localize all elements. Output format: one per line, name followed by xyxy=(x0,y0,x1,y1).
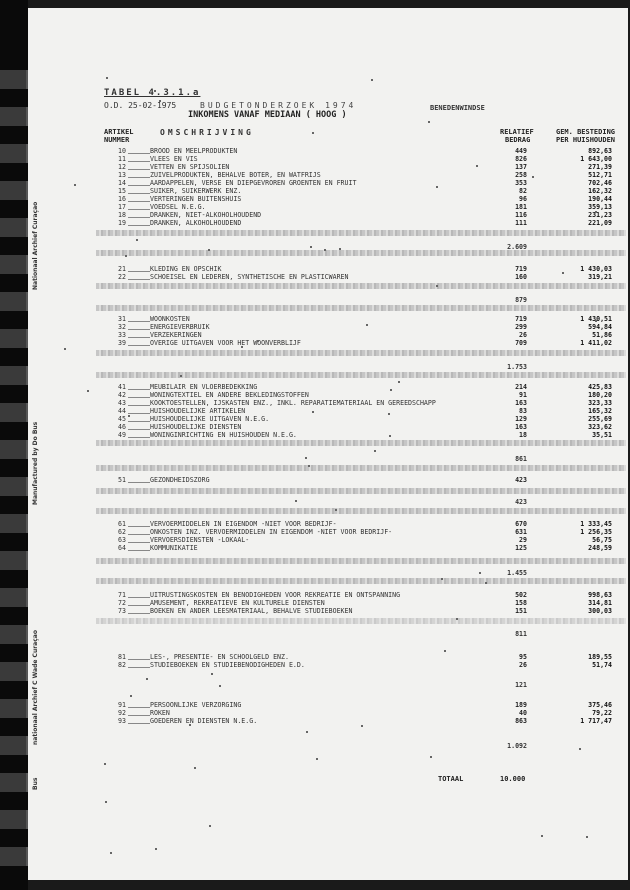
item-description: BROOD EN MEELPRODUKTEN xyxy=(150,147,237,155)
average-per-household: 300,03 xyxy=(588,607,612,615)
table-row: 32ENERGIEVERBRUIK299594,84 xyxy=(0,323,630,331)
scan-speck xyxy=(306,731,308,733)
scan-noise-band xyxy=(96,350,626,356)
article-number: 72 xyxy=(118,599,126,607)
article-number: 14 xyxy=(118,179,126,187)
scan-noise-band xyxy=(96,508,626,514)
article-number: 49 xyxy=(118,431,126,439)
relative-amount: 111 xyxy=(515,219,527,227)
table-row: 61VERVOERMIDDELEN IN EIGENDOM -NIET VOOR… xyxy=(0,520,630,528)
leader-line xyxy=(128,209,150,210)
column-header-article-number: NUMMER xyxy=(104,136,129,144)
relative-amount: 82 xyxy=(519,187,527,195)
average-per-household: 79,22 xyxy=(592,709,612,717)
scan-noise-band xyxy=(96,465,626,471)
scan-speck xyxy=(312,132,314,134)
item-description: HUISHOUDELIJKE UITGAVEN N.E.G. xyxy=(150,415,269,423)
relative-amount: 96 xyxy=(519,195,527,203)
average-per-household: 165,32 xyxy=(588,407,612,415)
item-description: VOEDSEL N.E.G. xyxy=(150,203,206,211)
item-description: KLEDING EN OPSCHIK xyxy=(150,265,221,273)
total-label: TOTAAL xyxy=(438,775,463,783)
leader-line xyxy=(128,279,150,280)
leader-line xyxy=(128,185,150,186)
income-group: INKOMENS VANAF MEDIAAN ( HOOG ) xyxy=(188,110,347,120)
table-row: 14AARDAPPELEN, VERSE EN DIEPGEVROREN GRO… xyxy=(0,179,630,187)
leader-line xyxy=(128,429,150,430)
relative-amount: 214 xyxy=(515,383,527,391)
average-per-household: 1 256,35 xyxy=(580,528,612,536)
article-number: 93 xyxy=(118,717,126,725)
date-line: O.D. 25-02-1975 xyxy=(104,101,176,110)
scan-speck xyxy=(485,582,487,584)
item-description: GOEDEREN EN DIENSTEN N.E.G. xyxy=(150,717,257,725)
scan-speck xyxy=(159,100,161,102)
scan-speck xyxy=(219,685,221,687)
leader-line xyxy=(128,329,150,330)
item-description: VERVOERSDIENSTEN -LOKAAL- xyxy=(150,536,249,544)
article-number: 92 xyxy=(118,709,126,717)
relative-amount: 189 xyxy=(515,701,527,709)
leader-line xyxy=(128,271,150,272)
scan-speck xyxy=(312,411,314,413)
survey-name: BUDGETONDERZOEK 1974 xyxy=(200,101,356,110)
relative-amount: 29 xyxy=(519,536,527,544)
column-header-per-household: PER HUISHOUDEN xyxy=(556,136,615,144)
average-per-household: 1 430,03 xyxy=(580,265,612,273)
table-row: 91PERSOONLIJKE VERZORGING189375,46 xyxy=(0,701,630,709)
article-number: 46 xyxy=(118,423,126,431)
scan-speck xyxy=(257,340,259,342)
average-per-household: 51,74 xyxy=(592,661,612,669)
total-value: 10.000 xyxy=(500,775,525,783)
scan-speck xyxy=(436,285,438,287)
article-number: 16 xyxy=(118,195,126,203)
table-row: 41MEUBILAIR EN VLOERBEDEKKING214425,83 xyxy=(0,383,630,391)
average-per-household: 231,23 xyxy=(588,211,612,219)
article-number: 11 xyxy=(118,155,126,163)
relative-amount: 163 xyxy=(515,423,527,431)
group-subtotal: 811 xyxy=(515,630,527,638)
scan-speck xyxy=(479,572,481,574)
leader-line xyxy=(128,225,150,226)
leader-line xyxy=(128,321,150,322)
relative-amount: 151 xyxy=(515,607,527,615)
group-subtotal: 423 xyxy=(515,498,527,506)
relative-amount: 719 xyxy=(515,315,527,323)
article-number: 39 xyxy=(118,339,126,347)
table-row: 82STUDIEBOEKEN EN STUDIEBENODIGHEDEN E.D… xyxy=(0,661,630,669)
item-description: UITRUSTINGSKOSTEN EN BENODIGHEDEN VOOR R… xyxy=(150,591,400,599)
table-row: 45HUISHOUDELIJKE UITGAVEN N.E.G.129255,6… xyxy=(0,415,630,423)
item-description: WOONKOSTEN xyxy=(150,315,190,323)
scan-speck xyxy=(562,272,564,274)
scan-noise-band xyxy=(96,440,626,446)
leader-line xyxy=(128,482,150,483)
scan-speck xyxy=(241,346,243,348)
scan-speck xyxy=(194,767,196,769)
relative-amount: 258 xyxy=(515,171,527,179)
table-row: 10BROOD EN MEELPRODUKTEN449892,63 xyxy=(0,147,630,155)
article-number: 22 xyxy=(118,273,126,281)
article-number: 21 xyxy=(118,265,126,273)
group-subtotal: 1.455 xyxy=(507,569,527,577)
average-per-household: 221,09 xyxy=(588,219,612,227)
scan-speck xyxy=(436,186,438,188)
scan-speck xyxy=(155,848,157,850)
article-number: 10 xyxy=(118,147,126,155)
leader-line xyxy=(128,526,150,527)
item-description: KOOKTOESTELLEN, IJSKASTEN ENZ., INKL. RE… xyxy=(150,399,436,407)
table-row: 22SCHOEISEL EN LEDEREN, SYNTHETISCHE EN … xyxy=(0,273,630,281)
table-row: 12VETTEN EN SPIJSOLIEN137271,39 xyxy=(0,163,630,171)
group-subtotal: 121 xyxy=(515,681,527,689)
scan-speck xyxy=(74,184,76,186)
article-number: 82 xyxy=(118,661,126,669)
group-subtotal: 2.609 xyxy=(507,243,527,251)
scan-speck xyxy=(586,836,588,838)
article-number: 12 xyxy=(118,163,126,171)
table-row: 93GOEDEREN EN DIENSTEN N.E.G.8631 717,47 xyxy=(0,717,630,725)
leader-line xyxy=(128,397,150,398)
leader-line xyxy=(128,437,150,438)
scan-speck xyxy=(532,176,534,178)
relative-amount: 160 xyxy=(515,273,527,281)
article-number: 91 xyxy=(118,701,126,709)
scan-speck xyxy=(428,121,430,123)
item-description: DRANKEN, ALKOHOLHOUDEND xyxy=(150,219,241,227)
table-row: 73BOEKEN EN ANDER LEESMATERIAAL, BEHALVE… xyxy=(0,607,630,615)
article-number: 61 xyxy=(118,520,126,528)
leader-line xyxy=(128,542,150,543)
column-header-amount: BEDRAG xyxy=(505,136,530,144)
item-description: AARDAPPELEN, VERSE EN DIEPGEVROREN GROEN… xyxy=(150,179,356,187)
item-description: DRANKEN, NIET-ALKOHOLHOUDEND xyxy=(150,211,261,219)
scan-noise-band xyxy=(96,488,626,494)
item-description: SCHOEISEL EN LEDEREN, SYNTHETISCHE EN PL… xyxy=(150,273,349,281)
relative-amount: 26 xyxy=(519,331,527,339)
article-number: 51 xyxy=(118,476,126,484)
scan-noise-band xyxy=(96,578,626,584)
relative-amount: 26 xyxy=(519,661,527,669)
relative-amount: 18 xyxy=(519,431,527,439)
scan-speck xyxy=(209,825,211,827)
scan-speck xyxy=(110,852,112,854)
table-row: 81LES-, PRESENTIE- EN SCHOOLGELD ENZ.951… xyxy=(0,653,630,661)
average-per-household: 702,46 xyxy=(588,179,612,187)
item-description: ZUIVELPRODUKTEN, BEHALVE BOTER, EN WATFR… xyxy=(150,171,321,179)
group-subtotal: 861 xyxy=(515,455,527,463)
average-per-household: 359,13 xyxy=(588,203,612,211)
scan-speck xyxy=(295,500,297,502)
average-per-household: 51,86 xyxy=(592,331,612,339)
scan-speck xyxy=(444,650,446,652)
article-number: 31 xyxy=(118,315,126,323)
scan-speck xyxy=(208,249,210,251)
leader-line xyxy=(128,659,150,660)
item-description: VLEES EN VIS xyxy=(150,155,198,163)
average-per-household: 512,71 xyxy=(588,171,612,179)
leader-line xyxy=(128,534,150,535)
table-row: 71UITRUSTINGSKOSTEN EN BENODIGHEDEN VOOR… xyxy=(0,591,630,599)
table-row: 44HUISHOUDELIJKE ARTIKELEN83165,32 xyxy=(0,407,630,415)
leader-line xyxy=(128,345,150,346)
article-number: 13 xyxy=(118,171,126,179)
item-description: MEUBILAIR EN VLOERBEDEKKING xyxy=(150,383,257,391)
scan-noise-band xyxy=(96,558,626,564)
scan-speck xyxy=(388,413,390,415)
scan-speck xyxy=(136,239,138,241)
average-per-household: 425,83 xyxy=(588,383,612,391)
table-row: 62ONKOSTEN INZ. VERVOERMIDDELEN IN EIGEN… xyxy=(0,528,630,536)
item-description: LES-, PRESENTIE- EN SCHOOLGELD ENZ. xyxy=(150,653,289,661)
item-description: KOMMUNIKATIE xyxy=(150,544,198,552)
region-label: BENEDENWINDSE xyxy=(430,104,485,112)
relative-amount: 163 xyxy=(515,399,527,407)
leader-line xyxy=(128,389,150,390)
scan-speck xyxy=(211,673,213,675)
column-header-description: OMSCHRIJVING xyxy=(160,128,254,137)
relative-amount: 125 xyxy=(515,544,527,552)
scan-noise-band xyxy=(96,305,626,311)
average-per-household: 1 643,00 xyxy=(580,155,612,163)
average-per-household: 189,55 xyxy=(588,653,612,661)
relative-amount: 137 xyxy=(515,163,527,171)
average-per-household: 190,44 xyxy=(588,195,612,203)
leader-line xyxy=(128,217,150,218)
scan-speck xyxy=(595,320,597,322)
table-row: 17VOEDSEL N.E.G.181359,13 xyxy=(0,203,630,211)
scan-speck xyxy=(371,79,373,81)
relative-amount: 863 xyxy=(515,717,527,725)
article-number: 42 xyxy=(118,391,126,399)
column-header-article: ARTIKEL xyxy=(104,128,134,136)
table-row: 72AMUSEMENT, REKREATIEVE EN KULTURELE DI… xyxy=(0,599,630,607)
table-row: 49WONINGINRICHTING EN HUISHOUDEN N.E.G.1… xyxy=(0,431,630,439)
table-row: 63VERVOERSDIENSTEN -LOKAAL-2956,75 xyxy=(0,536,630,544)
article-number: 19 xyxy=(118,219,126,227)
article-number: 15 xyxy=(118,187,126,195)
average-per-household: 1 717,47 xyxy=(580,717,612,725)
scan-speck xyxy=(456,618,458,620)
table-row: 92ROKEN4079,22 xyxy=(0,709,630,717)
leader-line xyxy=(128,201,150,202)
scan-speck xyxy=(189,724,191,726)
scan-speck xyxy=(374,450,376,452)
leader-line xyxy=(128,153,150,154)
average-per-household: 892,63 xyxy=(588,147,612,155)
relative-amount: 181 xyxy=(515,203,527,211)
item-description: ONKOSTEN INZ. VERVOERMIDDELEN IN EIGENDO… xyxy=(150,528,392,536)
article-number: 71 xyxy=(118,591,126,599)
leader-line xyxy=(128,161,150,162)
average-per-household: 314,81 xyxy=(588,599,612,607)
item-description: ENERGIEVERBRUIK xyxy=(150,323,210,331)
relative-amount: 299 xyxy=(515,323,527,331)
article-number: 33 xyxy=(118,331,126,339)
item-description: STUDIEBOEKEN EN STUDIEBENODIGHEDEN E.D. xyxy=(150,661,305,669)
table-title: TABEL 4.3.1.a xyxy=(104,88,200,98)
scan-speck xyxy=(180,375,182,377)
scan-speck xyxy=(154,90,156,92)
scan-noise-band xyxy=(96,230,626,236)
item-description: SUIKER, SUIKERWERK ENZ. xyxy=(150,187,241,195)
table-row: 13ZUIVELPRODUKTEN, BEHALVE BOTER, EN WAT… xyxy=(0,171,630,179)
scan-speck xyxy=(324,249,326,251)
leader-line xyxy=(128,177,150,178)
table-row: 31WOONKOSTEN7191 430,51 xyxy=(0,315,630,323)
table-row: 21KLEDING EN OPSCHIK7191 430,03 xyxy=(0,265,630,273)
table-row: 18DRANKEN, NIET-ALKOHOLHOUDEND116231,23 xyxy=(0,211,630,219)
scan-speck xyxy=(146,678,148,680)
average-per-household: 319,21 xyxy=(588,273,612,281)
average-per-household: 323,33 xyxy=(588,399,612,407)
relative-amount: 129 xyxy=(515,415,527,423)
table-row: 43KOOKTOESTELLEN, IJSKASTEN ENZ., INKL. … xyxy=(0,399,630,407)
scan-noise-band xyxy=(96,618,626,624)
leader-line xyxy=(128,715,150,716)
document: TABEL 4.3.1.a O.D. 25-02-1975 BUDGETONDE… xyxy=(0,0,630,890)
relative-amount: 719 xyxy=(515,265,527,273)
table-row: 15SUIKER, SUIKERWERK ENZ.82162,32 xyxy=(0,187,630,195)
leader-line xyxy=(128,613,150,614)
leader-line xyxy=(128,169,150,170)
scan-noise-band xyxy=(96,250,626,256)
average-per-household: 1 333,45 xyxy=(580,520,612,528)
item-description: OVERIGE UITGAVEN VOOR HET WOONVERBLIJF xyxy=(150,339,301,347)
scan-speck xyxy=(339,248,341,250)
article-number: 17 xyxy=(118,203,126,211)
item-description: AMUSEMENT, REKREATIEVE EN KULTURELE DIEN… xyxy=(150,599,325,607)
relative-amount: 709 xyxy=(515,339,527,347)
scan-speck xyxy=(389,435,391,437)
average-per-household: 248,59 xyxy=(588,544,612,552)
scan-speck xyxy=(305,457,307,459)
item-description: WONINGINRICHTING EN HUISHOUDEN N.E.G. xyxy=(150,431,297,439)
leader-line xyxy=(128,337,150,338)
scan-speck xyxy=(579,748,581,750)
item-description: VERVOERMIDDELEN IN EIGENDOM -NIET VOOR B… xyxy=(150,520,337,528)
relative-amount: 449 xyxy=(515,147,527,155)
relative-amount: 158 xyxy=(515,599,527,607)
table-row: 42WONINGTEXTIEL EN ANDERE BEKLEDINGSTOFF… xyxy=(0,391,630,399)
scan-speck xyxy=(541,835,543,837)
relative-amount: 116 xyxy=(515,211,527,219)
scan-speck xyxy=(441,578,443,580)
leader-line xyxy=(128,193,150,194)
scan-speck xyxy=(366,324,368,326)
relative-amount: 83 xyxy=(519,407,527,415)
scan-speck xyxy=(105,801,107,803)
article-number: 41 xyxy=(118,383,126,391)
scan-speck xyxy=(310,246,312,248)
item-description: VETTEN EN SPIJSOLIEN xyxy=(150,163,229,171)
item-description: WONINGTEXTIEL EN ANDERE BEKLEDINGSTOFFEN xyxy=(150,391,309,399)
article-number: 73 xyxy=(118,607,126,615)
relative-amount: 631 xyxy=(515,528,527,536)
scan-noise-band xyxy=(96,283,626,289)
item-description: HUISHOUDELIJKE DIENSTEN xyxy=(150,423,241,431)
table-row: 19DRANKEN, ALKOHOLHOUDEND111221,09 xyxy=(0,219,630,227)
scan-speck xyxy=(398,381,400,383)
leader-line xyxy=(128,667,150,668)
scan-speck xyxy=(87,390,89,392)
average-per-household: 255,69 xyxy=(588,415,612,423)
average-per-household: 162,32 xyxy=(588,187,612,195)
scan-speck xyxy=(335,509,337,511)
leader-line xyxy=(128,421,150,422)
item-description: BOEKEN EN ANDER LEESMATERIAAL, BEHALVE S… xyxy=(150,607,352,615)
relative-amount: 353 xyxy=(515,179,527,187)
relative-amount: 91 xyxy=(519,391,527,399)
average-per-household: 56,75 xyxy=(592,536,612,544)
leader-line xyxy=(128,597,150,598)
scan-speck xyxy=(128,415,130,417)
relative-amount: 40 xyxy=(519,709,527,717)
item-description: VERZEKERINGEN xyxy=(150,331,202,339)
average-per-household: 594,84 xyxy=(588,323,612,331)
group-subtotal: 1.092 xyxy=(507,742,527,750)
scan-speck xyxy=(106,77,108,79)
average-per-household: 180,20 xyxy=(588,391,612,399)
scan-speck xyxy=(64,348,66,350)
column-header-relative: RELATIEF xyxy=(500,128,534,136)
table-row: 64KOMMUNIKATIE125248,59 xyxy=(0,544,630,552)
table-row: 46HUISHOUDELIJKE DIENSTEN163323,62 xyxy=(0,423,630,431)
leader-line xyxy=(128,405,150,406)
article-number: 44 xyxy=(118,407,126,415)
leader-line xyxy=(128,413,150,414)
article-number: 43 xyxy=(118,399,126,407)
relative-amount: 826 xyxy=(515,155,527,163)
leader-line xyxy=(128,550,150,551)
average-per-household: 375,46 xyxy=(588,701,612,709)
average-per-household: 271,39 xyxy=(588,163,612,171)
item-description: VERTERINGEN BUITENSHUIS xyxy=(150,195,241,203)
article-number: 63 xyxy=(118,536,126,544)
table-row: 33VERZEKERINGEN2651,86 xyxy=(0,331,630,339)
relative-amount: 423 xyxy=(515,476,527,484)
scan-speck xyxy=(595,211,597,213)
scan-speck xyxy=(130,695,132,697)
scan-speck xyxy=(104,763,106,765)
table-row: 11VLEES EN VIS8261 643,00 xyxy=(0,155,630,163)
table-row: 39OVERIGE UITGAVEN VOOR HET WOONVERBLIJF… xyxy=(0,339,630,347)
scan-speck xyxy=(430,756,432,758)
scan-speck xyxy=(125,255,127,257)
relative-amount: 502 xyxy=(515,591,527,599)
average-per-household: 323,62 xyxy=(588,423,612,431)
table-row: 51GEZONDHEIDSZORG423 xyxy=(0,476,630,484)
leader-line xyxy=(128,723,150,724)
article-number: 45 xyxy=(118,415,126,423)
article-number: 64 xyxy=(118,544,126,552)
scan-speck xyxy=(476,165,478,167)
relative-amount: 670 xyxy=(515,520,527,528)
scan-speck xyxy=(361,725,363,727)
average-per-household: 998,63 xyxy=(588,591,612,599)
group-subtotal: 1.753 xyxy=(507,363,527,371)
leader-line xyxy=(128,605,150,606)
article-number: 18 xyxy=(118,211,126,219)
article-number: 81 xyxy=(118,653,126,661)
item-description: HUISHOUDELIJKE ARTIKELEN xyxy=(150,407,245,415)
average-per-household: 35,51 xyxy=(592,431,612,439)
group-subtotal: 879 xyxy=(515,296,527,304)
item-description: PERSOONLIJKE VERZORGING xyxy=(150,701,241,709)
article-number: 32 xyxy=(118,323,126,331)
column-header-average: GEM. BESTEDING xyxy=(556,128,615,136)
